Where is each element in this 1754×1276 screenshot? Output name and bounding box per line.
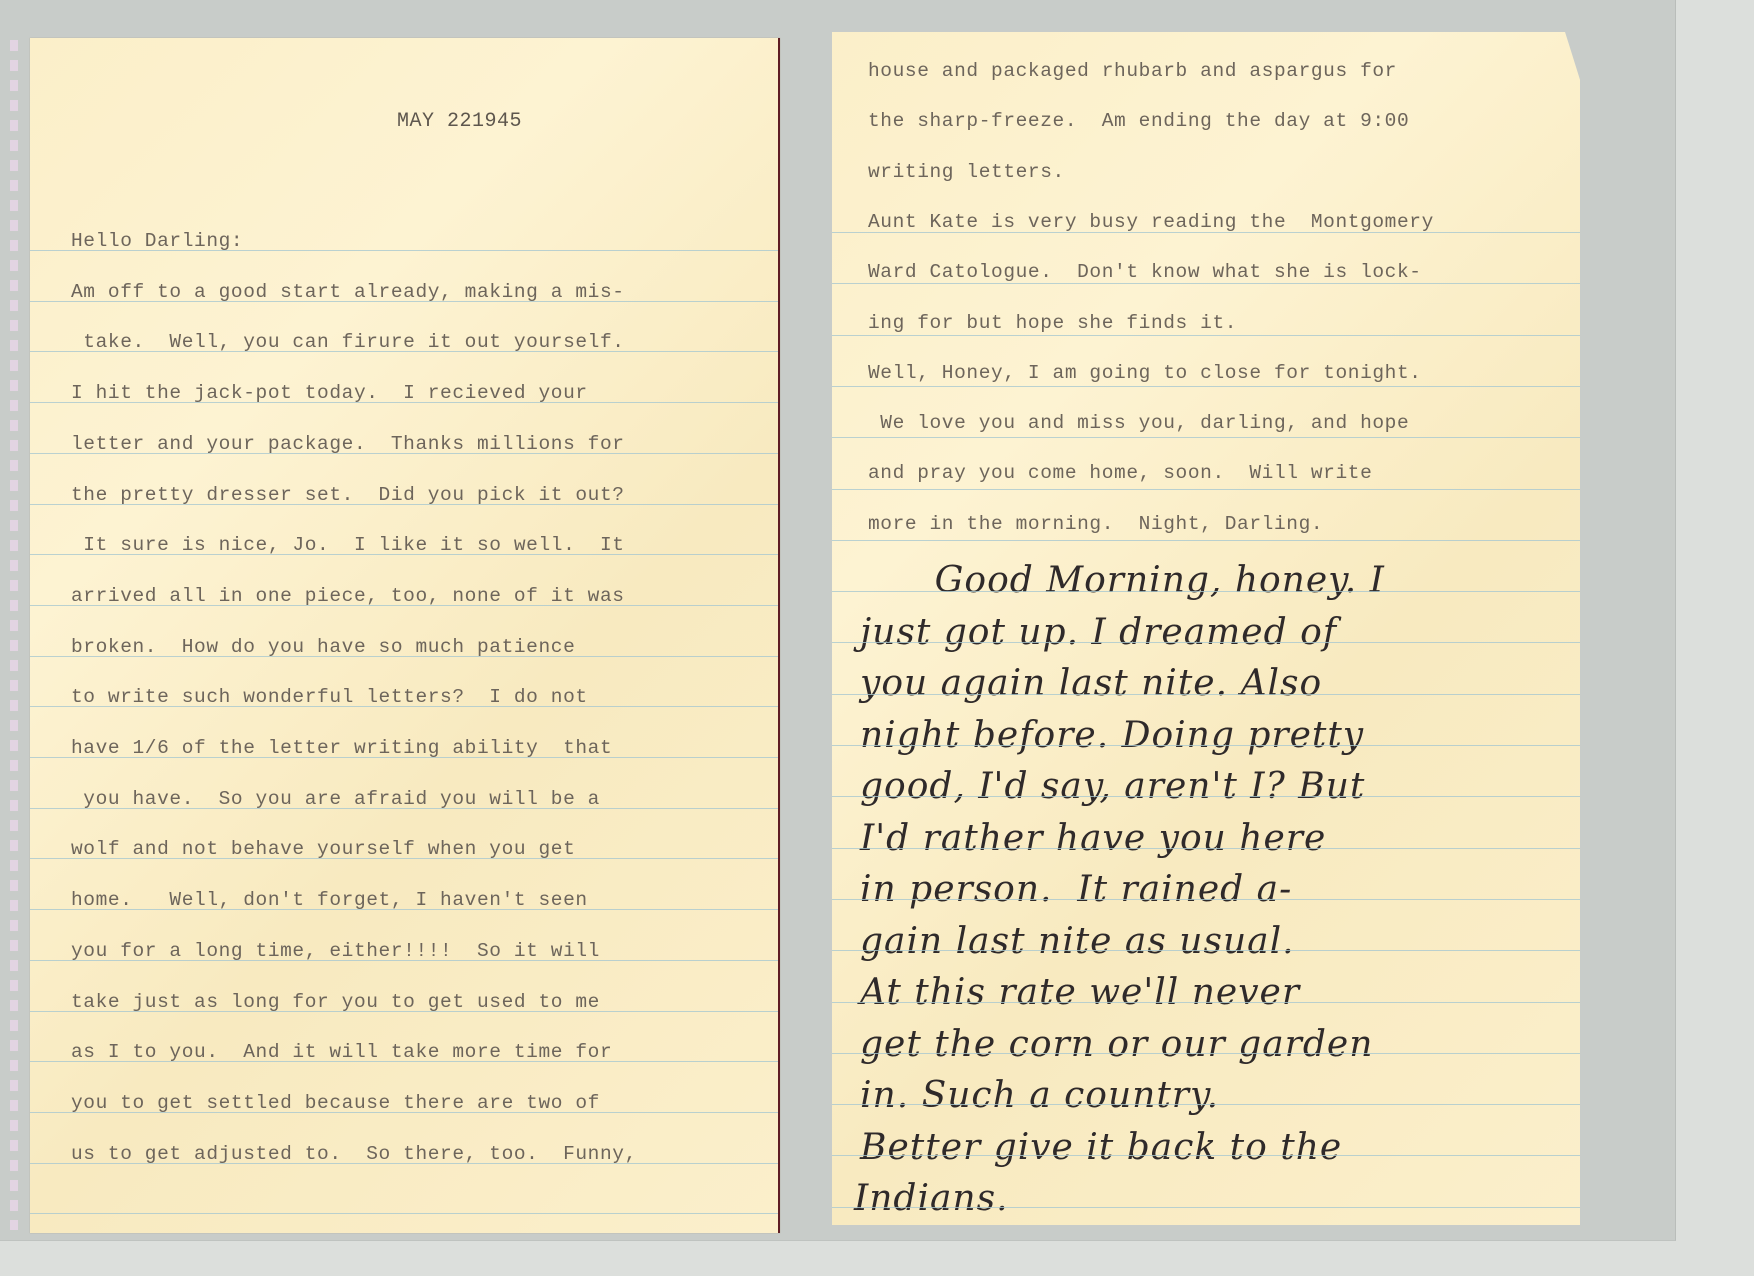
handwritten-line: just got up. I dreamed of [860, 612, 1337, 653]
typed-line: you to get settled because there are two… [71, 1092, 600, 1114]
typed-line: take. Well, you can firure it out yourse… [71, 331, 625, 353]
handwritten-line: At this rate we'll never [860, 972, 1300, 1013]
handwritten-line: Good Morning, honey. I [860, 560, 1385, 601]
handwritten-line: I'd rather have you here [860, 818, 1326, 859]
typed-line: We love you and miss you, darling, and h… [868, 412, 1409, 434]
ruled-line [30, 453, 778, 454]
typed-line: house and packaged rhubarb and aspargus … [868, 60, 1397, 82]
ruled-line [832, 540, 1580, 541]
ruled-line [832, 796, 1580, 797]
ruled-line [832, 848, 1580, 849]
ruled-line [832, 1258, 1580, 1259]
ruled-line [30, 757, 778, 758]
ruled-line [30, 858, 778, 859]
ruled-line [30, 1213, 778, 1214]
ruled-line [832, 1002, 1580, 1003]
ruled-line [832, 642, 1580, 643]
ruled-line [30, 909, 778, 910]
ruled-line [30, 1163, 778, 1164]
typed-line: home. Well, don't forget, I haven't seen [71, 889, 588, 911]
ruled-line [832, 1053, 1580, 1054]
letter-page-right: house and packaged rhubarb and aspargus … [832, 32, 1580, 1225]
ruled-line [832, 1104, 1580, 1105]
typed-line: Hello Darling: [71, 230, 243, 252]
typed-line: us to get adjusted to. So there, too. Fu… [71, 1143, 637, 1165]
typed-line: I hit the jack-pot today. I recieved you… [71, 382, 588, 404]
ruled-line [30, 554, 778, 555]
ruled-line [832, 899, 1580, 900]
ruled-line [832, 437, 1580, 438]
typed-line: as I to you. And it will take more time … [71, 1041, 612, 1063]
ruled-line [832, 335, 1580, 336]
ruled-line [832, 950, 1580, 951]
handwritten-line: in person. It rained a- [860, 869, 1292, 910]
typed-line: Am off to a good start already, making a… [71, 281, 625, 303]
typed-line: the pretty dresser set. Did you pick it … [71, 484, 625, 506]
ruled-line [30, 301, 778, 302]
typed-line: have 1/6 of the letter writing ability t… [71, 737, 612, 759]
typed-line: writing letters. [868, 161, 1065, 183]
ruled-line [832, 386, 1580, 387]
typed-line: Aunt Kate is very busy reading the Montg… [868, 211, 1434, 233]
typed-line: ing for but hope she finds it. [868, 312, 1237, 334]
letter-page-left: MAY 221945 Hello Darling:Am off to a goo… [30, 38, 780, 1233]
ruled-line [30, 351, 778, 352]
typed-line: wolf and not behave yourself when you ge… [71, 838, 575, 860]
handwritten-line: Better give it back to the [860, 1127, 1342, 1168]
typed-line: letter and your package. Thanks millions… [71, 433, 625, 455]
ruled-line [832, 745, 1580, 746]
ruled-line [832, 489, 1580, 490]
handwritten-line: good, I'd say, aren't I? But [860, 766, 1365, 807]
date-stamp: MAY 221945 [397, 110, 522, 133]
typed-line: Ward Catologue. Don't know what she is l… [868, 261, 1422, 283]
handwritten-line: get the corn or our garden [860, 1024, 1373, 1065]
typed-line: you have. So you are afraid you will be … [71, 788, 600, 810]
ruled-line [30, 1011, 778, 1012]
ruled-line [30, 808, 778, 809]
handwritten-line: gain last nite as usual. [860, 921, 1295, 962]
typed-line: to write such wonderful letters? I do no… [71, 686, 588, 708]
ruled-line [30, 960, 778, 961]
ruled-line [30, 402, 778, 403]
typed-line: take just as long for you to get used to… [71, 991, 600, 1013]
typed-line: more in the morning. Night, Darling. [868, 513, 1323, 535]
typed-line: you for a long time, either!!!! So it wi… [71, 940, 600, 962]
ruled-line [30, 706, 778, 707]
ruled-line [30, 656, 778, 657]
handwritten-line: in. Such a country. [860, 1075, 1219, 1116]
typed-line: Well, Honey, I am going to close for ton… [868, 362, 1422, 384]
sleeve-perforations [10, 40, 18, 1230]
ruled-line [30, 504, 778, 505]
typed-line: broken. How do you have so much patience [71, 636, 575, 658]
ruled-line [832, 283, 1580, 284]
typed-line: and pray you come home, soon. Will write [868, 462, 1372, 484]
ruled-line [30, 1112, 778, 1113]
ruled-line [30, 250, 778, 251]
ruled-line [832, 232, 1580, 233]
ruled-line [832, 694, 1580, 695]
typed-line: It sure is nice, Jo. I like it so well. … [71, 534, 625, 556]
handwritten-line: Indians. [854, 1178, 1009, 1219]
handwritten-line: night before. Doing pretty [860, 715, 1364, 756]
handwritten-line: you again last nite. Also [860, 663, 1322, 704]
typed-line: arrived all in one piece, too, none of i… [71, 585, 625, 607]
ruled-line [30, 1061, 778, 1062]
typed-line: the sharp-freeze. Am ending the day at 9… [868, 110, 1409, 132]
ruled-line [30, 605, 778, 606]
ruled-line [832, 1155, 1580, 1156]
ruled-line [832, 1207, 1580, 1208]
ruled-line [832, 591, 1580, 592]
